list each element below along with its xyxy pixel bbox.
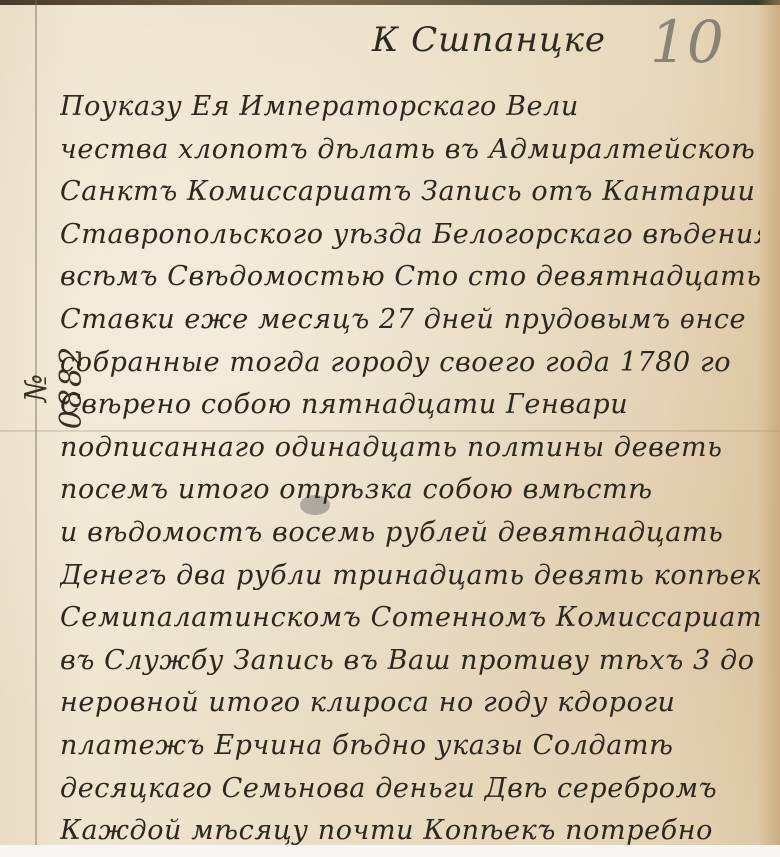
text-line: Поуказу Ея Императорскаго Вели bbox=[60, 86, 760, 129]
text-line: Ставропольского уѣзда Белогорскаго вѣден… bbox=[60, 214, 760, 257]
text-line: посемъ итого отрѣзка собою вмѣстѣ bbox=[60, 469, 760, 512]
text-line: неровной итого клироса но году кдороги bbox=[60, 682, 760, 725]
text-line: подписаннаго одинадцать полтины деветь bbox=[60, 427, 760, 470]
text-line: платежъ Ерчина бѣдно указы Солдатѣ bbox=[60, 725, 760, 768]
text-line: Денегъ два рубли тринадцать девять копѣе… bbox=[60, 555, 760, 598]
text-line: Санктъ Комиссариатъ Запись отъ Кантарии bbox=[60, 171, 760, 214]
text-line: чества хлопотъ дѣлать въ Адмиралтейскоѣ … bbox=[60, 129, 760, 172]
manuscript-body: Поуказу Ея Императорскаго Вели чества хл… bbox=[60, 86, 760, 853]
text-line: собранные тогда городу своего года 1780 … bbox=[60, 342, 760, 385]
right-edge-shadow bbox=[758, 0, 780, 845]
folio-number: 10 bbox=[650, 8, 724, 76]
document-header: К Сшпанцке bbox=[372, 20, 606, 60]
top-edge bbox=[0, 0, 780, 5]
text-line: Свѣрено собою пятнадцати Генвари bbox=[60, 384, 760, 427]
scan-margin bbox=[0, 845, 780, 857]
manuscript-page: К Сшпанцке 10 № 0882 Поуказу Ея Императо… bbox=[0, 0, 780, 845]
text-line: Ставки еже месяцъ 27 дней прудовымъ ѳнсе bbox=[60, 299, 760, 342]
text-line: въ Службу Запись въ Ваш противу тѣхъ 3 д… bbox=[60, 640, 760, 683]
text-line: всѣмъ Свѣдомостью Сто сто девятнадцатыя bbox=[60, 256, 760, 299]
text-line: десяцкаго Семьнова деньги Двѣ серебромъ bbox=[60, 768, 760, 811]
text-line: Семипалатинскомъ Сотенномъ Комиссариатѣ … bbox=[60, 597, 760, 640]
text-line: и вѣдомостъ восемь рублей девятнадцать bbox=[60, 512, 760, 555]
